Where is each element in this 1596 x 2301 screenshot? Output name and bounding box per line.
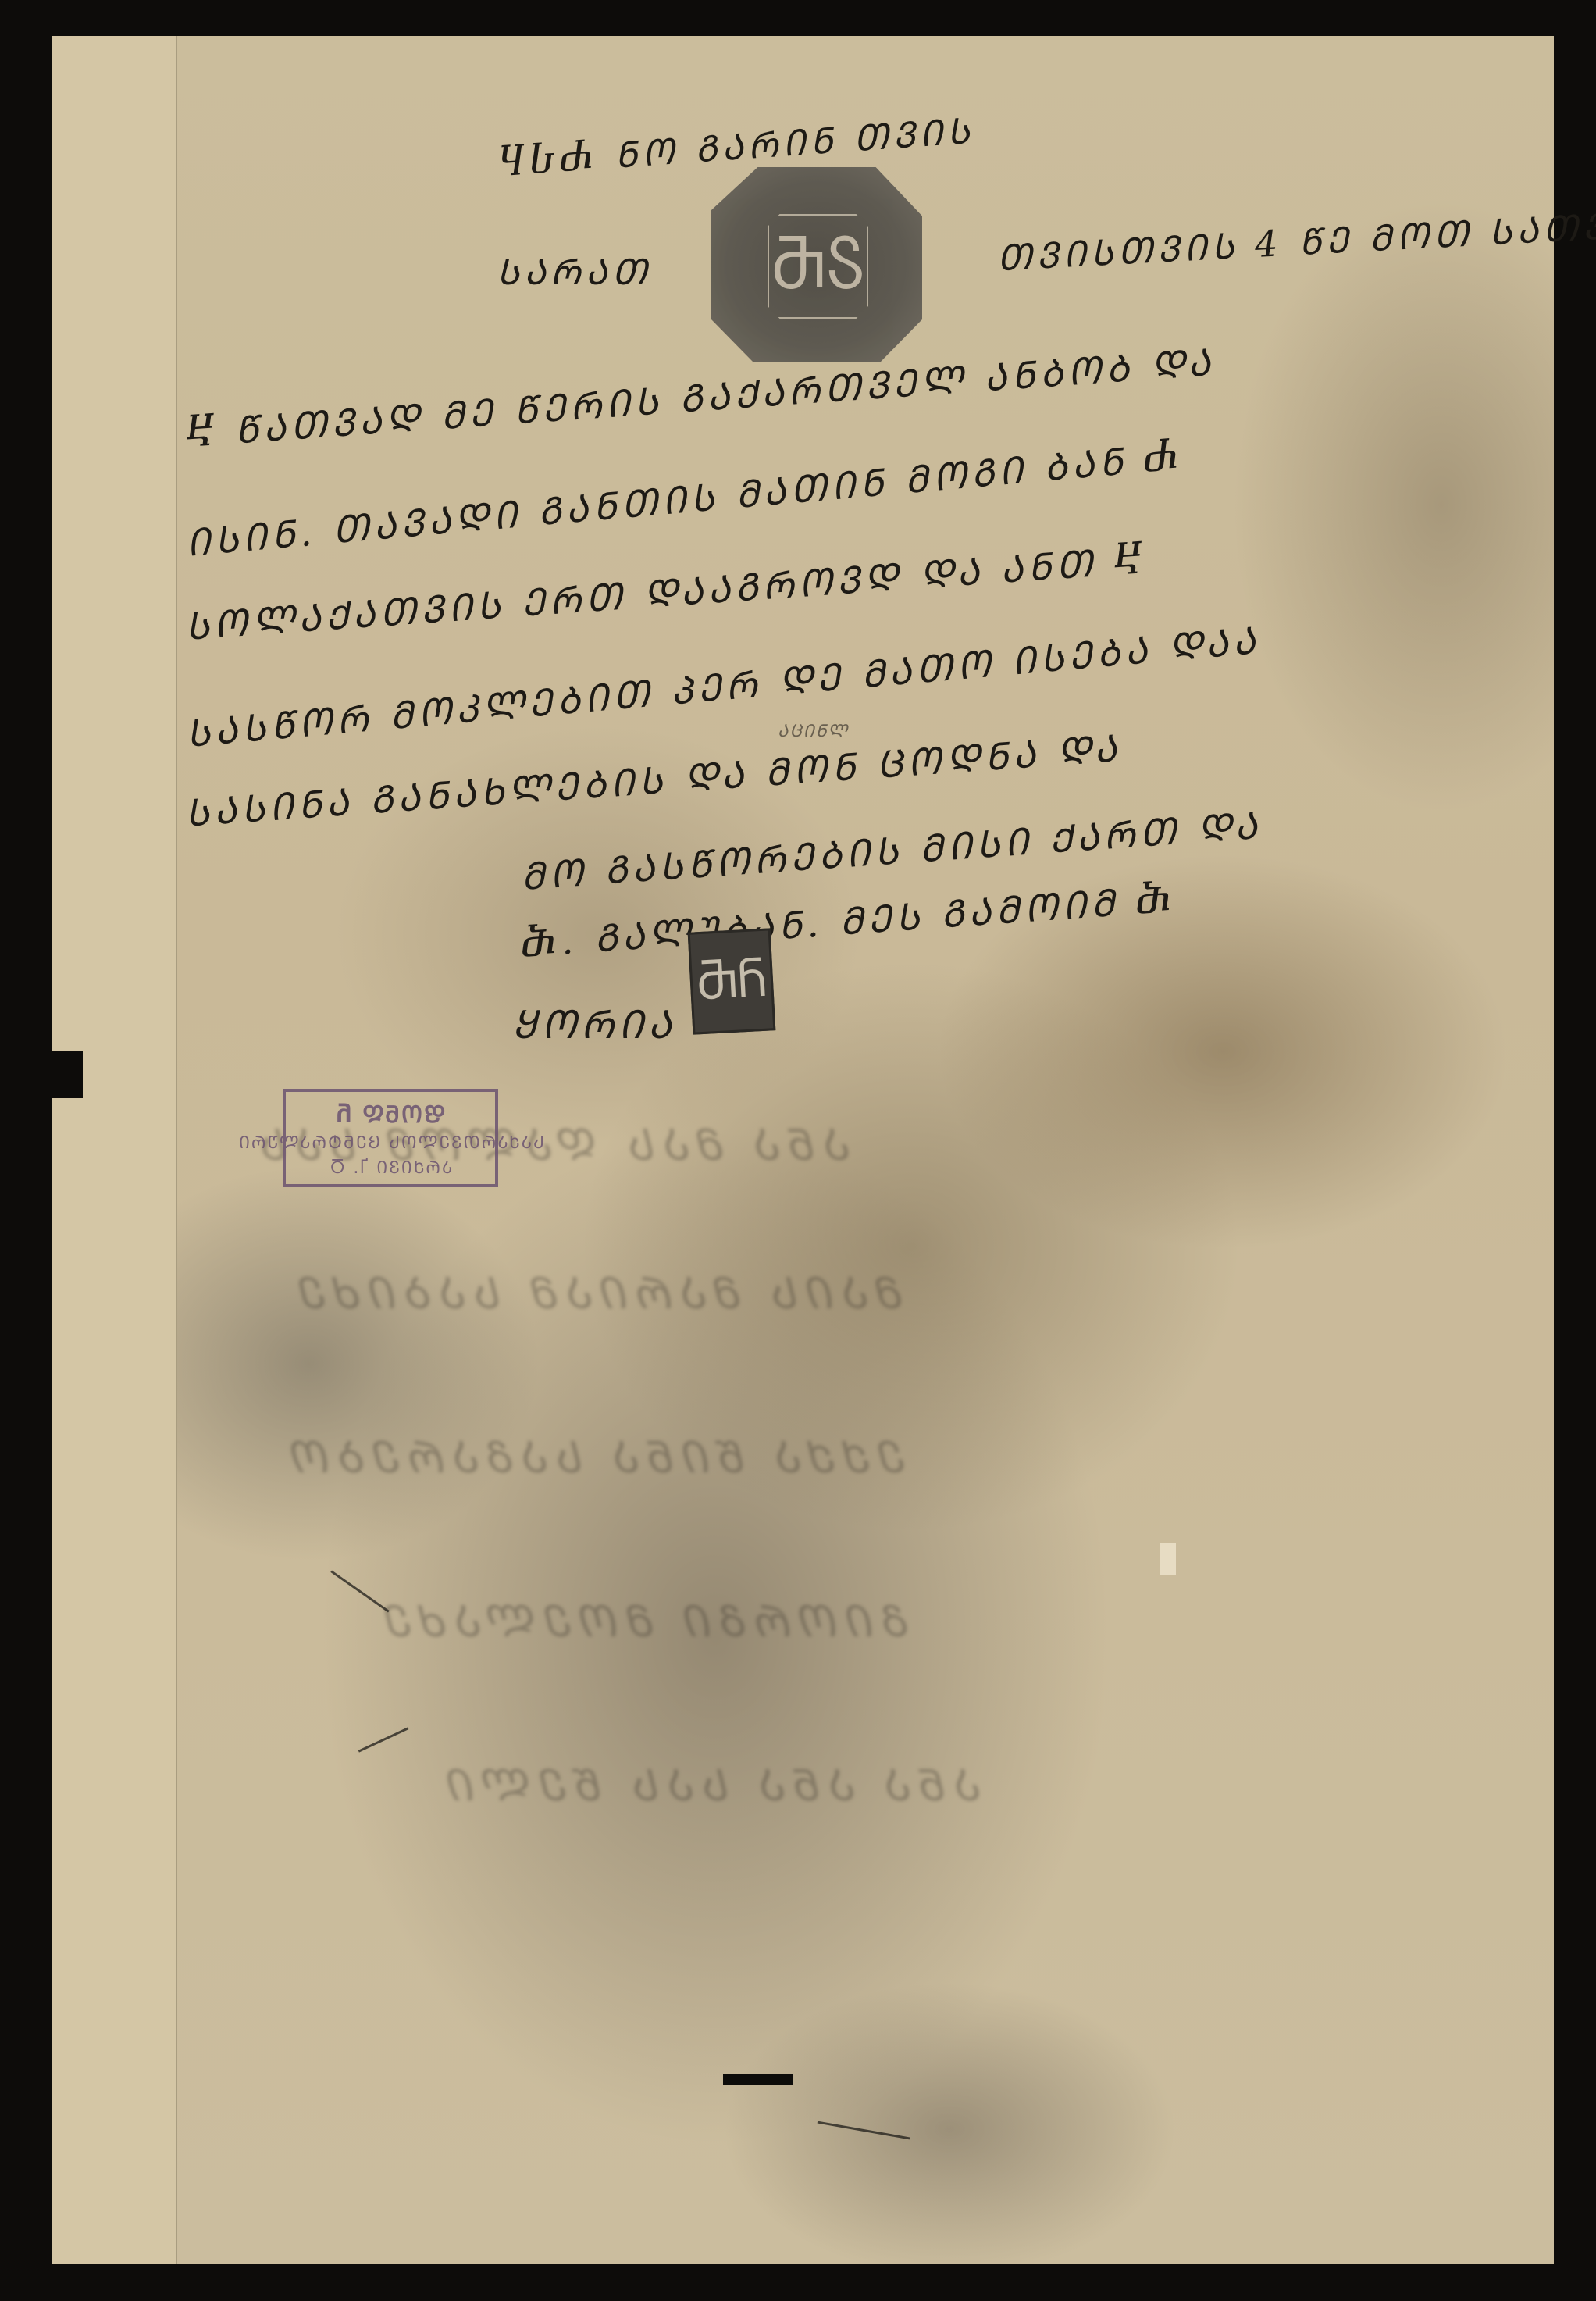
mounting-strip bbox=[52, 36, 177, 2264]
paper-tear bbox=[52, 1051, 83, 1098]
interlinear-note: ᲐᲪᲘᲜᲚ bbox=[778, 719, 849, 742]
ghost-text-line: ᲐᲜᲐ ᲐᲜᲐ ᲡᲐᲡ ᲬᲔᲚᲘ bbox=[442, 1754, 983, 1814]
heading-line-2: ᲡᲐᲠᲐᲗ bbox=[497, 247, 651, 295]
ghost-text-line: ᲛᲐᲘᲡ ᲛᲐᲠᲘᲐᲛ ᲡᲐᲑᲘᲫᲔ bbox=[294, 1262, 906, 1322]
wax-seal-large: ႫႽ bbox=[711, 167, 922, 362]
seal-monogram-icon: ႫႽ bbox=[769, 216, 867, 317]
body-line: ᲗᲕᲘᲡᲗᲕᲘᲡ 4 ᲬᲔ ᲛᲝᲗ ᲡᲐᲗᲕᲘᲡ bbox=[996, 198, 1596, 282]
ghost-text-line: ᲔᲥᲥᲐ ᲬᲘᲜᲐ ᲡᲐᲒᲐᲠᲔᲑᲝ bbox=[286, 1426, 908, 1486]
archive-stamp-row: ᲐᲠᲥᲘᲕᲘ Ⴈ. Ⴃ bbox=[329, 1156, 452, 1179]
signature-line: ᲧᲝᲠᲘᲐ bbox=[512, 997, 676, 1050]
paper-crack bbox=[818, 2121, 910, 2140]
paper-hole bbox=[1160, 1543, 1176, 1575]
manuscript-page: ᲐᲜᲐ ᲛᲐᲡ ᲓᲐᲚᲝᲛ ᲡᲐᲡ ᲛᲐᲘᲡ ᲛᲐᲠᲘᲐᲛ ᲡᲐᲑᲘᲫᲔ ᲔᲥᲥ… bbox=[52, 36, 1554, 2264]
ghost-text-line: ᲒᲘᲝᲠᲒᲘ ᲛᲝᲔᲚᲐᲫᲔ bbox=[379, 1590, 911, 1650]
archive-stamp: ᲤᲝᲜᲓ Ⴌ ᲡᲐᲥᲐᲠᲗᲕᲔᲚᲝᲡ ᲪᲔᲜᲢᲠᲐᲚᲣᲠᲘ ᲐᲠᲥᲘᲕᲘ Ⴈ. … bbox=[283, 1089, 498, 1187]
seal-monogram-icon: ႫႬ bbox=[695, 952, 768, 1011]
seal-frame: ႫႽ bbox=[768, 214, 868, 319]
wax-seal-small: ႫႬ bbox=[688, 928, 776, 1034]
archive-stamp-row: ᲤᲝᲜᲓ Ⴌ bbox=[335, 1097, 445, 1129]
paper-crack bbox=[358, 1727, 409, 1752]
heading-line-1: ႷႱႻ ᲜᲝ ᲒᲐᲠᲘᲜ ᲗᲕᲘᲡ bbox=[496, 105, 976, 187]
archive-stamp-row: ᲡᲐᲥᲐᲠᲗᲕᲔᲚᲝᲡ ᲪᲔᲜᲢᲠᲐᲚᲣᲠᲘ bbox=[237, 1131, 544, 1154]
paper-tear bbox=[723, 2074, 793, 2085]
